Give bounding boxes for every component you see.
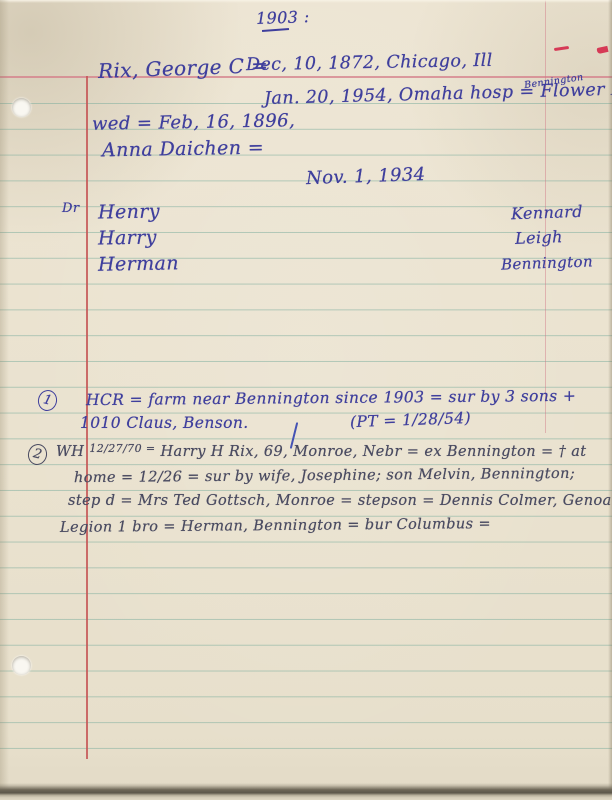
page-left-shadow [0,0,9,800]
page-bottom-shadow [0,783,612,800]
wedding-line: wed = Feb, 16, 1896, [92,110,295,135]
child-first-name: Herman [98,252,179,275]
dr-prefix: Dr [62,201,79,216]
child-first-name: Harry [98,226,157,249]
note2-date: 12/27/70 = [89,442,155,455]
person-name: Rix, George C = [98,53,269,83]
year-underline [262,28,289,31]
red-ink-mark [554,46,569,51]
note2-line3: step d = Mrs Ted Gottsch, Monroe = steps… [68,493,612,509]
notebook-page: 1903 : Rix, George C = Dec, 10, 1872, Ch… [0,0,612,800]
page-top-edge [0,0,612,3]
punch-hole-top [12,98,31,117]
spouse-name: Anna Daichen = [102,137,264,162]
birth-line: Dec, 10, 1872, Chicago, Ill [246,51,493,75]
punch-hole-bottom [12,656,31,675]
child-first-name: Henry [98,200,160,223]
child-middle-name: Kennard [511,202,583,223]
red-ink-mark-edge [596,46,608,54]
top-pink-rule [0,76,612,78]
page-right-shadow [608,0,612,800]
spouse-death-line: Nov. 1, 1934 [306,164,426,189]
child-middle-name: Leigh [515,227,563,248]
note1-line2: 1010 Claus, Benson. [80,414,249,432]
year-heading: 1903 : [256,7,310,28]
note2-line1: Harry H Rix, 69, Monroe, Nebr = ex Benni… [161,444,587,460]
note2-source: WH [56,444,84,460]
child-middle-name: Bennington [501,252,594,273]
